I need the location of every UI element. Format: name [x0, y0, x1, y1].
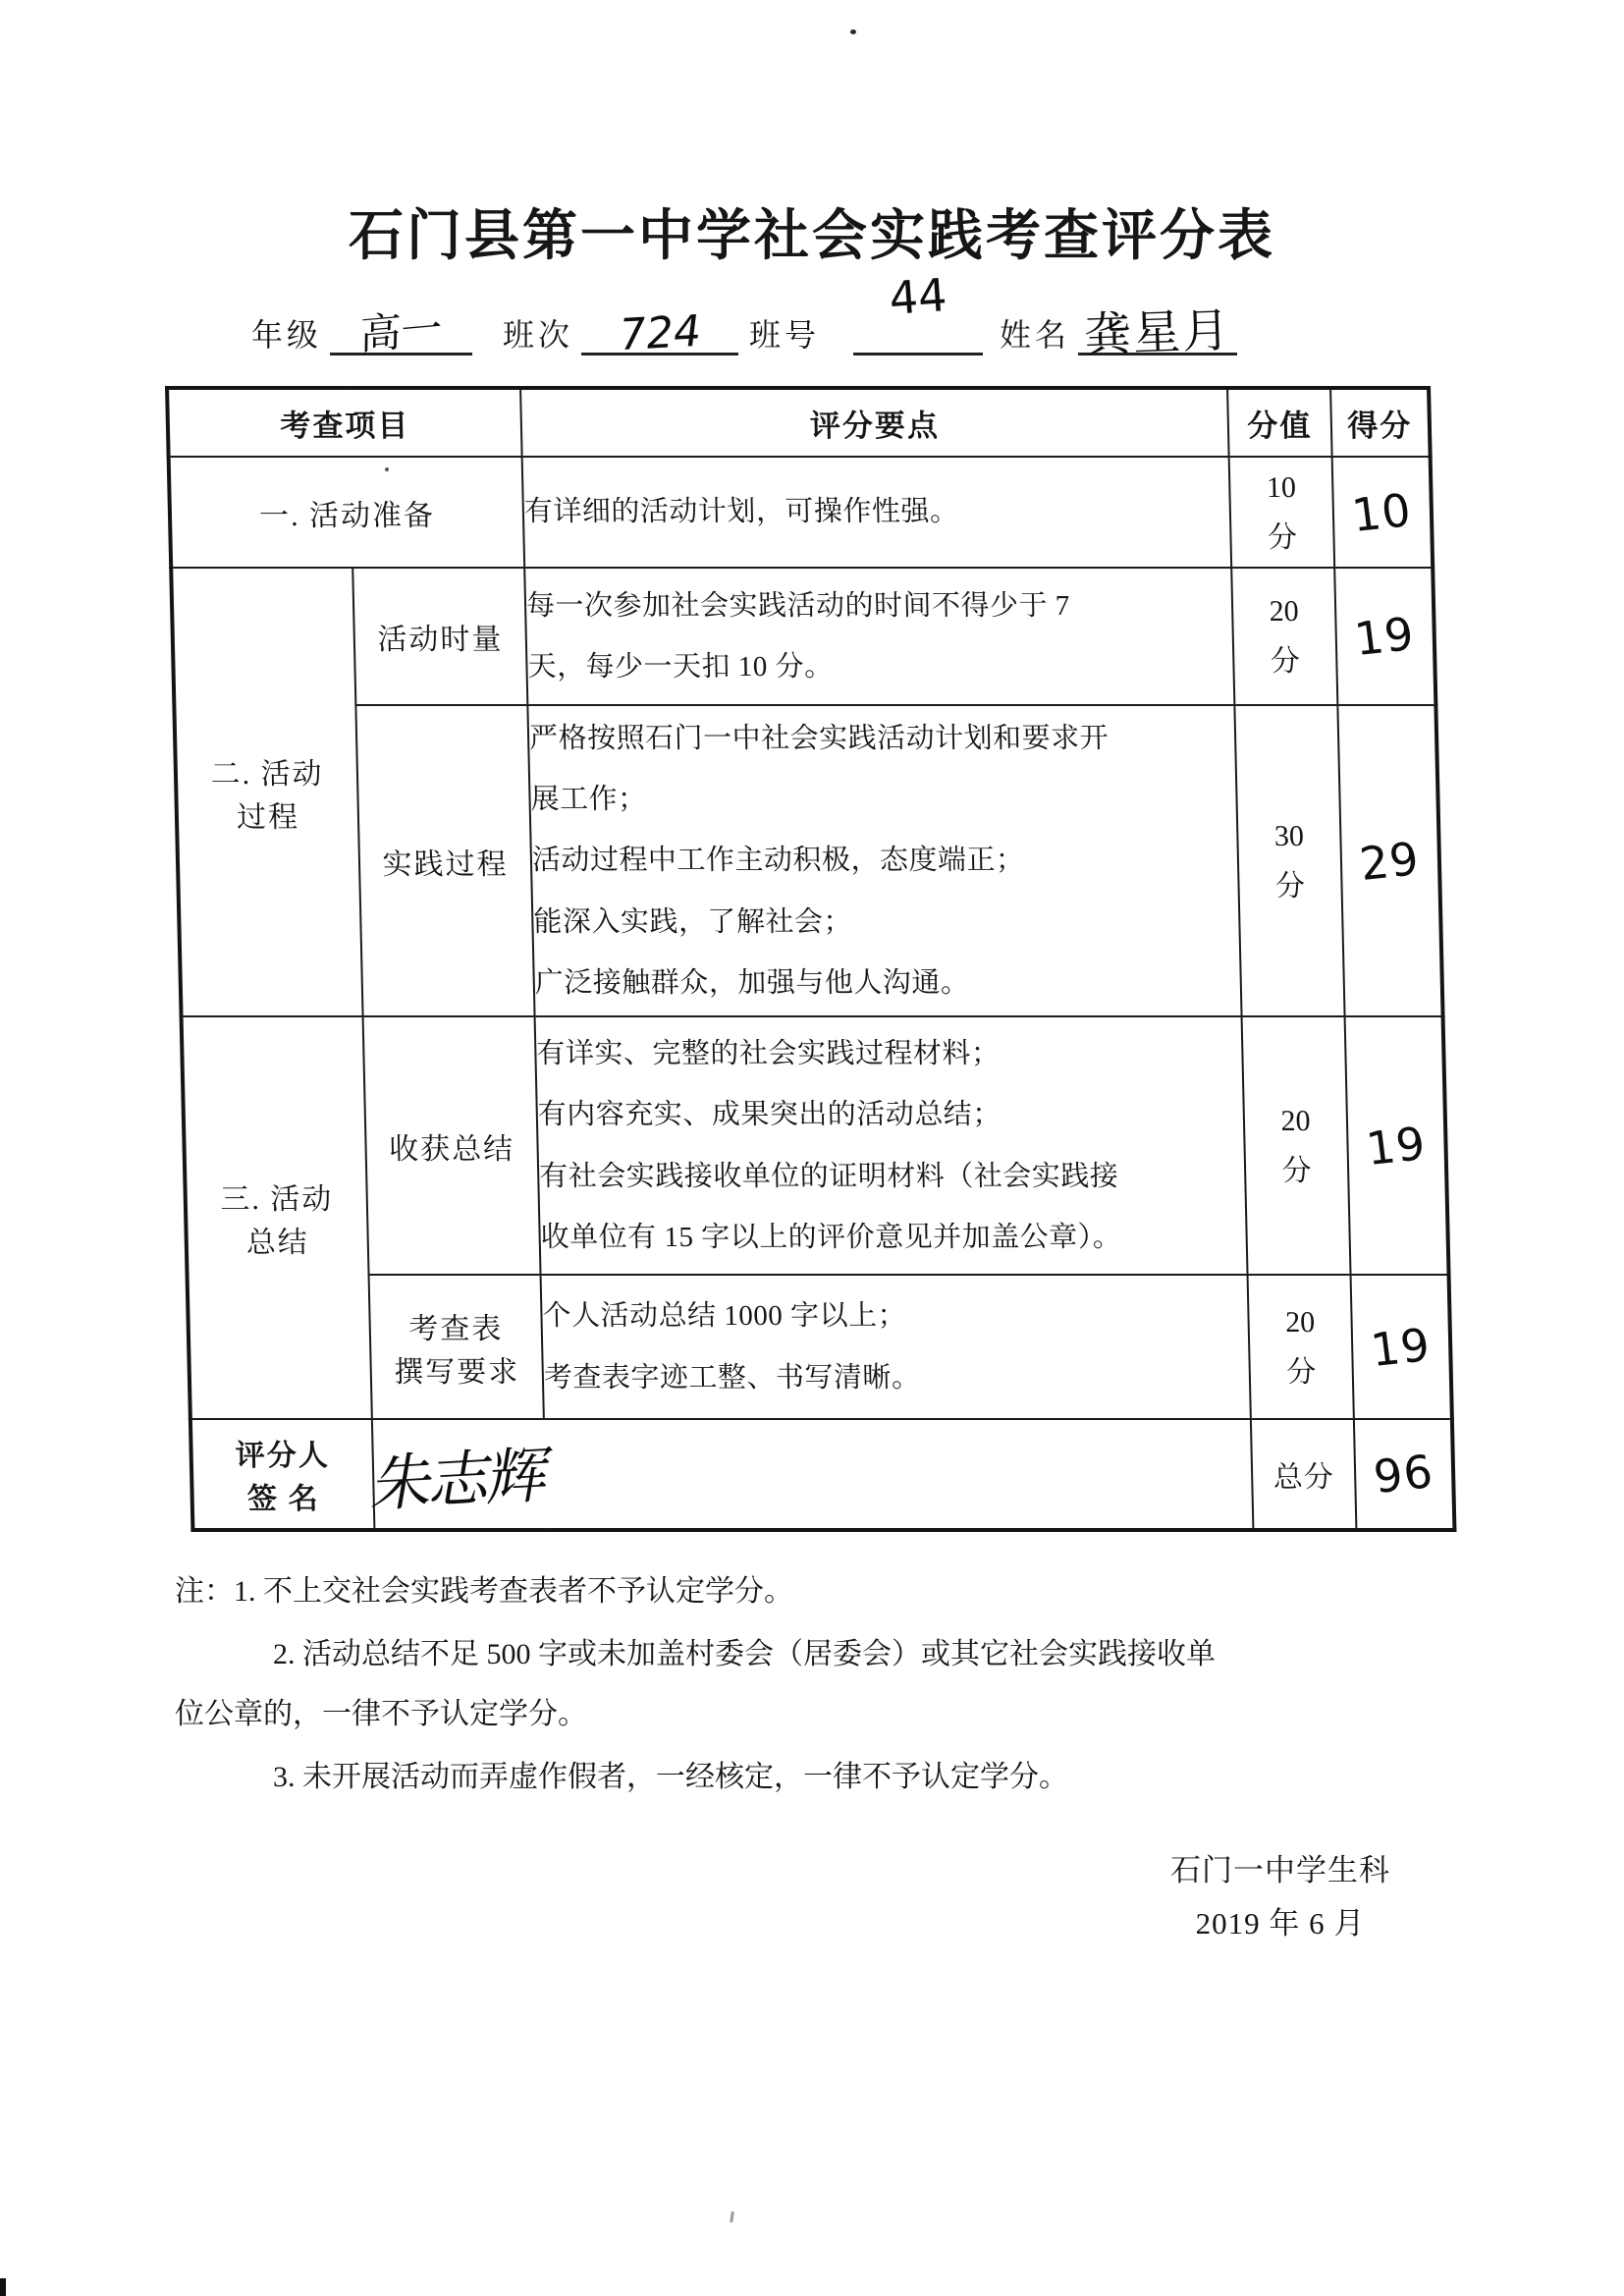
- score-earned-handwritten: 19: [1345, 1016, 1449, 1275]
- points-text: 个人活动总结 1000 字以上； 考查表字迹工整、书写清晰。: [541, 1275, 1251, 1419]
- name-value-handwritten: 龚星月: [1077, 292, 1238, 365]
- sub-label: 考查表 撰写要求: [369, 1275, 544, 1419]
- col-header-earned: 得分: [1330, 388, 1431, 457]
- table-header-row: 考查项目 评分要点 分值 得分: [167, 388, 1431, 457]
- footer-block: 石门一中学生科 2019 年 6 月: [1170, 1844, 1390, 1951]
- scorer-signature-label: 评分人 签 名: [190, 1419, 375, 1530]
- scorer-signature-handwritten: 朱志辉: [372, 1419, 1254, 1530]
- class-number-label: 班号: [749, 317, 820, 353]
- score-earned-handwritten: 19: [1334, 568, 1435, 705]
- total-score-label: 总分: [1251, 1419, 1357, 1530]
- score-value: 30 分: [1234, 705, 1344, 1016]
- points-text: 严格按照石门一中社会实践活动计划和要求开 展工作； 活动过程中工作主动积极，态度…: [527, 705, 1241, 1016]
- field-class-number: 班号44: [749, 310, 983, 355]
- score-earned-handwritten: 29: [1337, 705, 1442, 1016]
- sub-label: 收获总结: [363, 1016, 541, 1275]
- row-activity-duration: 二. 活动 过程 活动时量 每一次参加社会实践活动的时间不得少于 7 天，每少一…: [171, 568, 1435, 705]
- class-number-underline: 44: [853, 313, 983, 355]
- row-form-writing-requirements: 考查表 撰写要求 个人活动总结 1000 字以上； 考查表字迹工整、书写清晰。 …: [188, 1275, 1452, 1419]
- header-fields: 年级高一 班次724 班号44 姓名龚星月: [0, 310, 1624, 369]
- item-label: 一. 活动准备: [169, 457, 525, 568]
- class-underline: 724: [581, 313, 738, 355]
- points-text: 每一次参加社会实践活动的时间不得少于 7 天，每少一天扣 10 分。: [524, 568, 1234, 705]
- class-label: 班次: [503, 317, 573, 353]
- col-header-item: 考查项目: [167, 388, 522, 457]
- score-value: 20 分: [1231, 568, 1337, 705]
- assessment-score-table: 考查项目 评分要点 分值 得分 一. 活动准备 有详细的活动计划，可操作性强。 …: [165, 386, 1456, 1532]
- row-harvest-summary: 三. 活动 总结 收获总结 有详实、完整的社会实践过程材料； 有内容充实、成果突…: [182, 1016, 1449, 1275]
- scan-artifact-mark: [730, 2212, 734, 2222]
- score-value: 10 分: [1229, 457, 1335, 568]
- class-value-handwritten: 724: [578, 304, 741, 363]
- sub-label: 活动时量: [352, 568, 527, 705]
- note-item-1: 注：1. 不上交社会实践考查表者不予认定学分。: [175, 1561, 1422, 1622]
- score-earned-handwritten: 19: [1351, 1275, 1452, 1419]
- issuer-line: 石门一中学生科: [1170, 1844, 1390, 1897]
- total-score-handwritten: 96: [1354, 1419, 1455, 1530]
- row-scorer-signature: 评分人 签 名 朱志辉 总分 96: [190, 1419, 1455, 1530]
- row-practice-process: 实践过程 严格按照石门一中社会实践活动计划和要求开 展工作； 活动过程中工作主动…: [174, 705, 1442, 1016]
- sub-label: 实践过程: [355, 705, 534, 1016]
- note-item-2: 2. 活动总结不足 500 字或未加盖村委会（居委会）或其它社会实践接收单 位公…: [175, 1624, 1422, 1745]
- scanned-form-page: 石门县第一中学社会实践考查评分表 年级高一 班次724 班号44 姓名龚星月 考…: [0, 0, 1624, 2296]
- points-text: 有详细的活动计划，可操作性强。: [522, 457, 1232, 568]
- scan-artifact-dot: [850, 29, 856, 34]
- score-earned-handwritten: 10: [1332, 457, 1434, 568]
- name-label: 姓名: [1000, 317, 1070, 353]
- scan-artifact-edge: [0, 2278, 6, 2296]
- field-name: 姓名龚星月: [1000, 310, 1237, 355]
- col-header-value: 分值: [1227, 388, 1332, 457]
- grade-underline: 高一: [330, 313, 472, 355]
- score-value: 20 分: [1242, 1016, 1351, 1275]
- section-label-activity-process: 二. 活动 过程: [171, 568, 362, 1016]
- form-title: 石门县第一中学社会实践考查评分表: [0, 192, 1624, 271]
- note-item-3: 3. 未开展活动而弄虚作假者，一经核定，一律不予认定学分。: [175, 1747, 1422, 1808]
- grade-value-handwritten: 高一: [330, 294, 473, 365]
- score-table-wrapper: 考查项目 评分要点 分值 得分 一. 活动准备 有详细的活动计划，可操作性强。 …: [165, 386, 1456, 1532]
- col-header-points: 评分要点: [520, 388, 1229, 457]
- section-label-activity-summary: 三. 活动 总结: [182, 1016, 372, 1419]
- name-underline: 龚星月: [1078, 313, 1237, 355]
- row-activity-preparation: 一. 活动准备 有详细的活动计划，可操作性强。 10 分 10: [169, 457, 1434, 568]
- notes-block: 注：1. 不上交社会实践考查表者不予认定学分。 2. 活动总结不足 500 字或…: [175, 1559, 1422, 1809]
- field-class: 班次724: [503, 310, 738, 355]
- score-value: 20 分: [1248, 1275, 1354, 1419]
- scan-artifact-dot: [385, 467, 389, 471]
- field-grade: 年级高一: [251, 310, 472, 355]
- grade-label: 年级: [251, 317, 322, 353]
- class-number-value-handwritten: 44: [851, 265, 984, 327]
- date-line: 2019 年 6 月: [1170, 1897, 1390, 1950]
- points-text: 有详实、完整的社会实践过程材料； 有内容充实、成果突出的活动总结； 有社会实践接…: [535, 1016, 1248, 1275]
